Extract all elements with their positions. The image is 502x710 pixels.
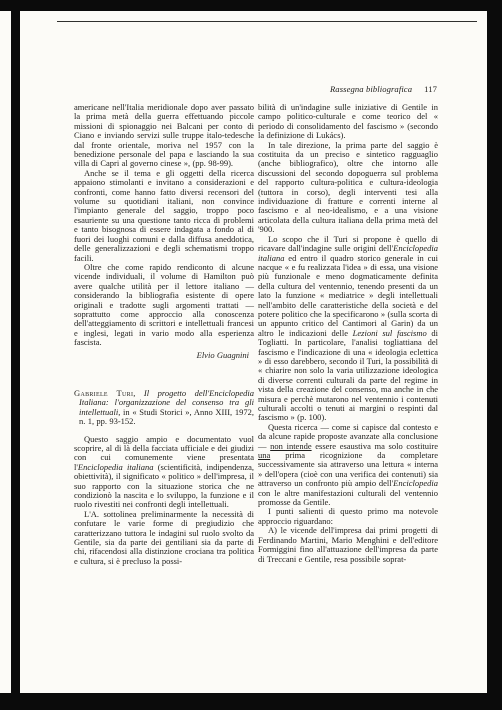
body-paragraph: Questo saggio ampio e documentato vuol s… <box>74 435 254 510</box>
scan-border-right <box>487 0 502 710</box>
underlined-text: non intende <box>270 441 311 451</box>
page-number: 117 <box>424 84 437 94</box>
body-paragraph: Questa ricerca — come si capisce dal con… <box>258 423 438 508</box>
body-paragraph: I punti salienti di questo primo ma note… <box>258 507 438 526</box>
body-paragraph: In tale direzione, la prima parte del sa… <box>258 141 438 235</box>
left-column: americane nell'Italia meridionale dopo a… <box>74 103 254 566</box>
body-paragraph: bilità di un'indagine sulle iniziative d… <box>258 103 438 141</box>
body-paragraph: A) le vicende dell'impresa dai primi pro… <box>258 526 438 564</box>
reference-entry: Gabriele Turi, Il progetto dell'Enciclop… <box>74 389 254 427</box>
italic-text: Enciclopedia italiana <box>258 243 438 262</box>
italic-text: Lezioni sul fascismo <box>353 328 427 338</box>
scan-border-top <box>0 0 502 11</box>
italic-text: Enciclopedia <box>393 478 438 488</box>
scan-border-left <box>11 11 20 710</box>
body-paragraph: Lo scopo che il Turi si propone è quello… <box>258 235 438 423</box>
body-paragraph: americane nell'Italia meridionale dopo a… <box>74 103 254 169</box>
running-header: Rassegna bibliografica117 <box>238 84 437 94</box>
scan-border-bottom <box>0 693 502 710</box>
underlined-text: una <box>258 450 270 460</box>
page-edge-shadow <box>57 21 477 22</box>
body-paragraph: L'A. sottolinea preliminarmente la neces… <box>74 510 254 566</box>
body-paragraph: Anche se il tema e gli oggetti della ric… <box>74 169 254 263</box>
italic-text: Enciclopedia italiana <box>78 462 154 472</box>
signature-line: Elvio Guagnini <box>74 351 254 360</box>
journal-section-title: Rassegna bibliografica <box>330 84 412 94</box>
body-paragraph: Oltre che come rapido rendiconto di alcu… <box>74 263 254 348</box>
right-column: bilità di un'indagine sulle iniziative d… <box>258 103 438 564</box>
